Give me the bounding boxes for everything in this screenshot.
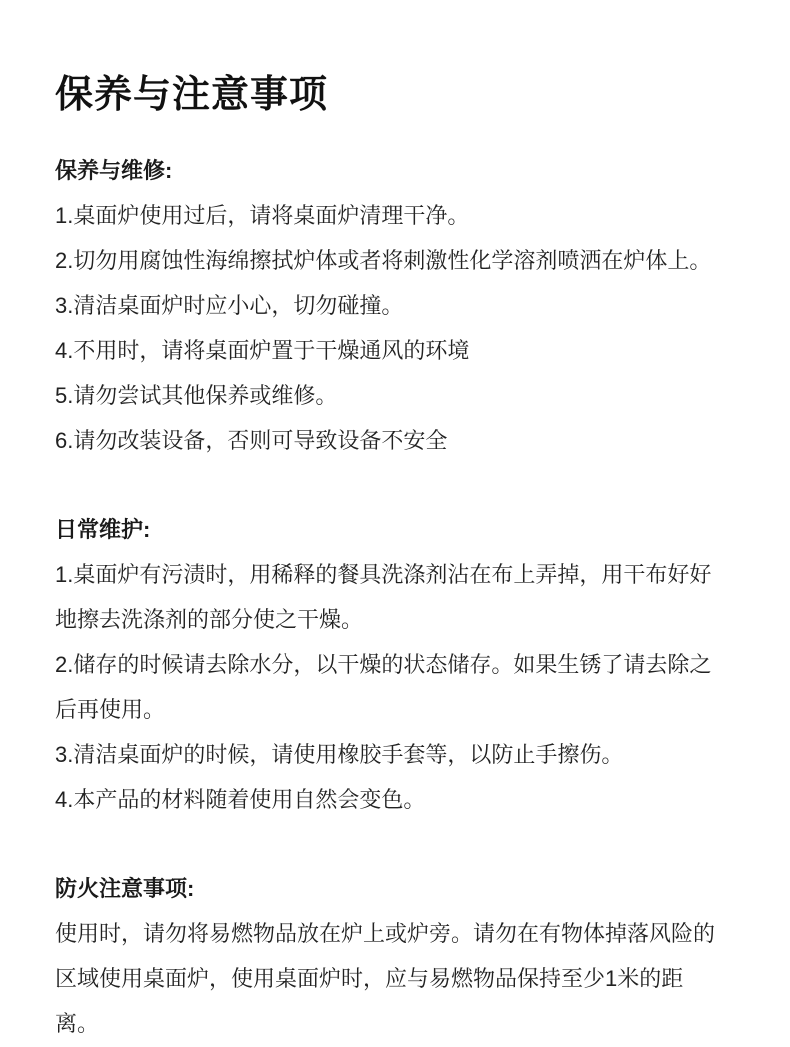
list-item: 1.桌面炉使用过后，请将桌面炉清理干净。	[55, 193, 725, 238]
section-heading-maintenance-repair: 保养与维修:	[55, 148, 725, 193]
paragraph-fire-safety: 使用时，请勿将易燃物品放在炉上或炉旁。请勿在有物体掉落风险的区域使用桌面炉，使用…	[55, 911, 725, 1046]
section-daily-care: 日常维护: 1.桌面炉有污渍时，用稀释的餐具洗涤剂沾在布上弄掉，用干布好好地擦去…	[55, 507, 725, 822]
section-heading-daily-care: 日常维护:	[55, 507, 725, 552]
manual-care-page: 保养与注意事项 保养与维修: 1.桌面炉使用过后，请将桌面炉清理干净。 2.切勿…	[55, 0, 725, 1046]
list-item: 2.切勿用腐蚀性海绵擦拭炉体或者将刺激性化学溶剂喷洒在炉体上。	[55, 238, 725, 283]
list-item: 4.本产品的材料随着使用自然会变色。	[55, 777, 725, 822]
list-item: 5.请勿尝试其他保养或维修。	[55, 373, 725, 418]
section-heading-fire-safety: 防火注意事项:	[55, 866, 725, 911]
list-item: 6.请勿改装设备，否则可导致设备不安全	[55, 418, 725, 463]
list-item: 3.清洁桌面炉的时候，请使用橡胶手套等，以防止手擦伤。	[55, 732, 725, 777]
section-fire-safety: 防火注意事项: 使用时，请勿将易燃物品放在炉上或炉旁。请勿在有物体掉落风险的区域…	[55, 866, 725, 1046]
page-title: 保养与注意事项	[55, 72, 725, 118]
list-item: 2.储存的时候请去除水分，以干燥的状态储存。如果生锈了请去除之后再使用。	[55, 642, 725, 732]
section-maintenance-repair: 保养与维修: 1.桌面炉使用过后，请将桌面炉清理干净。 2.切勿用腐蚀性海绵擦拭…	[55, 148, 725, 463]
list-item: 3.清洁桌面炉时应小心，切勿碰撞。	[55, 283, 725, 328]
list-item: 1.桌面炉有污渍时，用稀释的餐具洗涤剂沾在布上弄掉，用干布好好地擦去洗涤剂的部分…	[55, 552, 725, 642]
list-item: 4.不用时，请将桌面炉置于干燥通风的环境	[55, 328, 725, 373]
